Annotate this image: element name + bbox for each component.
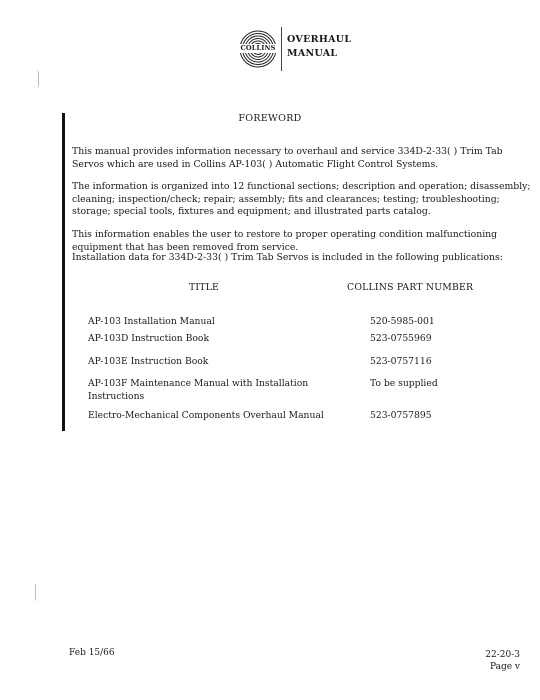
paragraph-installation: Installation data for 334D-2-33( ) Trim … [72, 252, 532, 265]
document-number: 22-20-3 [440, 649, 520, 661]
column-header-title: TITLE [189, 282, 219, 293]
paragraph-organization: The information is organized into 12 fun… [72, 181, 532, 219]
publication-title: Electro-Mechanical Components Overhaul M… [88, 410, 368, 423]
header-divider [281, 27, 282, 71]
page-identifier: 22-20-3 Page v [440, 649, 520, 673]
header-title-line1: OVERHAUL [287, 33, 351, 47]
paragraph-purpose: This manual provides information necessa… [72, 146, 532, 171]
header-title-line2: MANUAL [287, 47, 351, 61]
scan-artifact [33, 583, 36, 601]
scan-artifact [36, 70, 39, 88]
logo-text: COLLINS [239, 44, 277, 53]
part-number: To be supplied [370, 378, 520, 391]
column-header-part-number: COLLINS PART NUMBER [347, 282, 473, 293]
part-number: 523-0755969 [370, 333, 520, 346]
publication-title: AP-103E Instruction Book [88, 356, 328, 369]
collins-logo: COLLINS [239, 30, 277, 68]
publication-title: AP-103F Maintenance Manual with Installa… [88, 378, 328, 403]
part-number: 523-0757895 [370, 410, 520, 423]
publication-title: AP-103 Installation Manual [88, 316, 328, 329]
manual-type-title: OVERHAUL MANUAL [287, 33, 351, 61]
part-number: 523-0757116 [370, 356, 520, 369]
part-number: 520-5985-001 [370, 316, 520, 329]
paragraph-enables: This information enables the user to res… [72, 229, 532, 254]
publication-title: AP-103D Instruction Book [88, 333, 328, 346]
page-heading: FOREWORD [0, 113, 540, 124]
change-bar [62, 113, 65, 431]
page-number: Page v [440, 661, 520, 673]
revision-date: Feb 15/66 [69, 648, 115, 658]
